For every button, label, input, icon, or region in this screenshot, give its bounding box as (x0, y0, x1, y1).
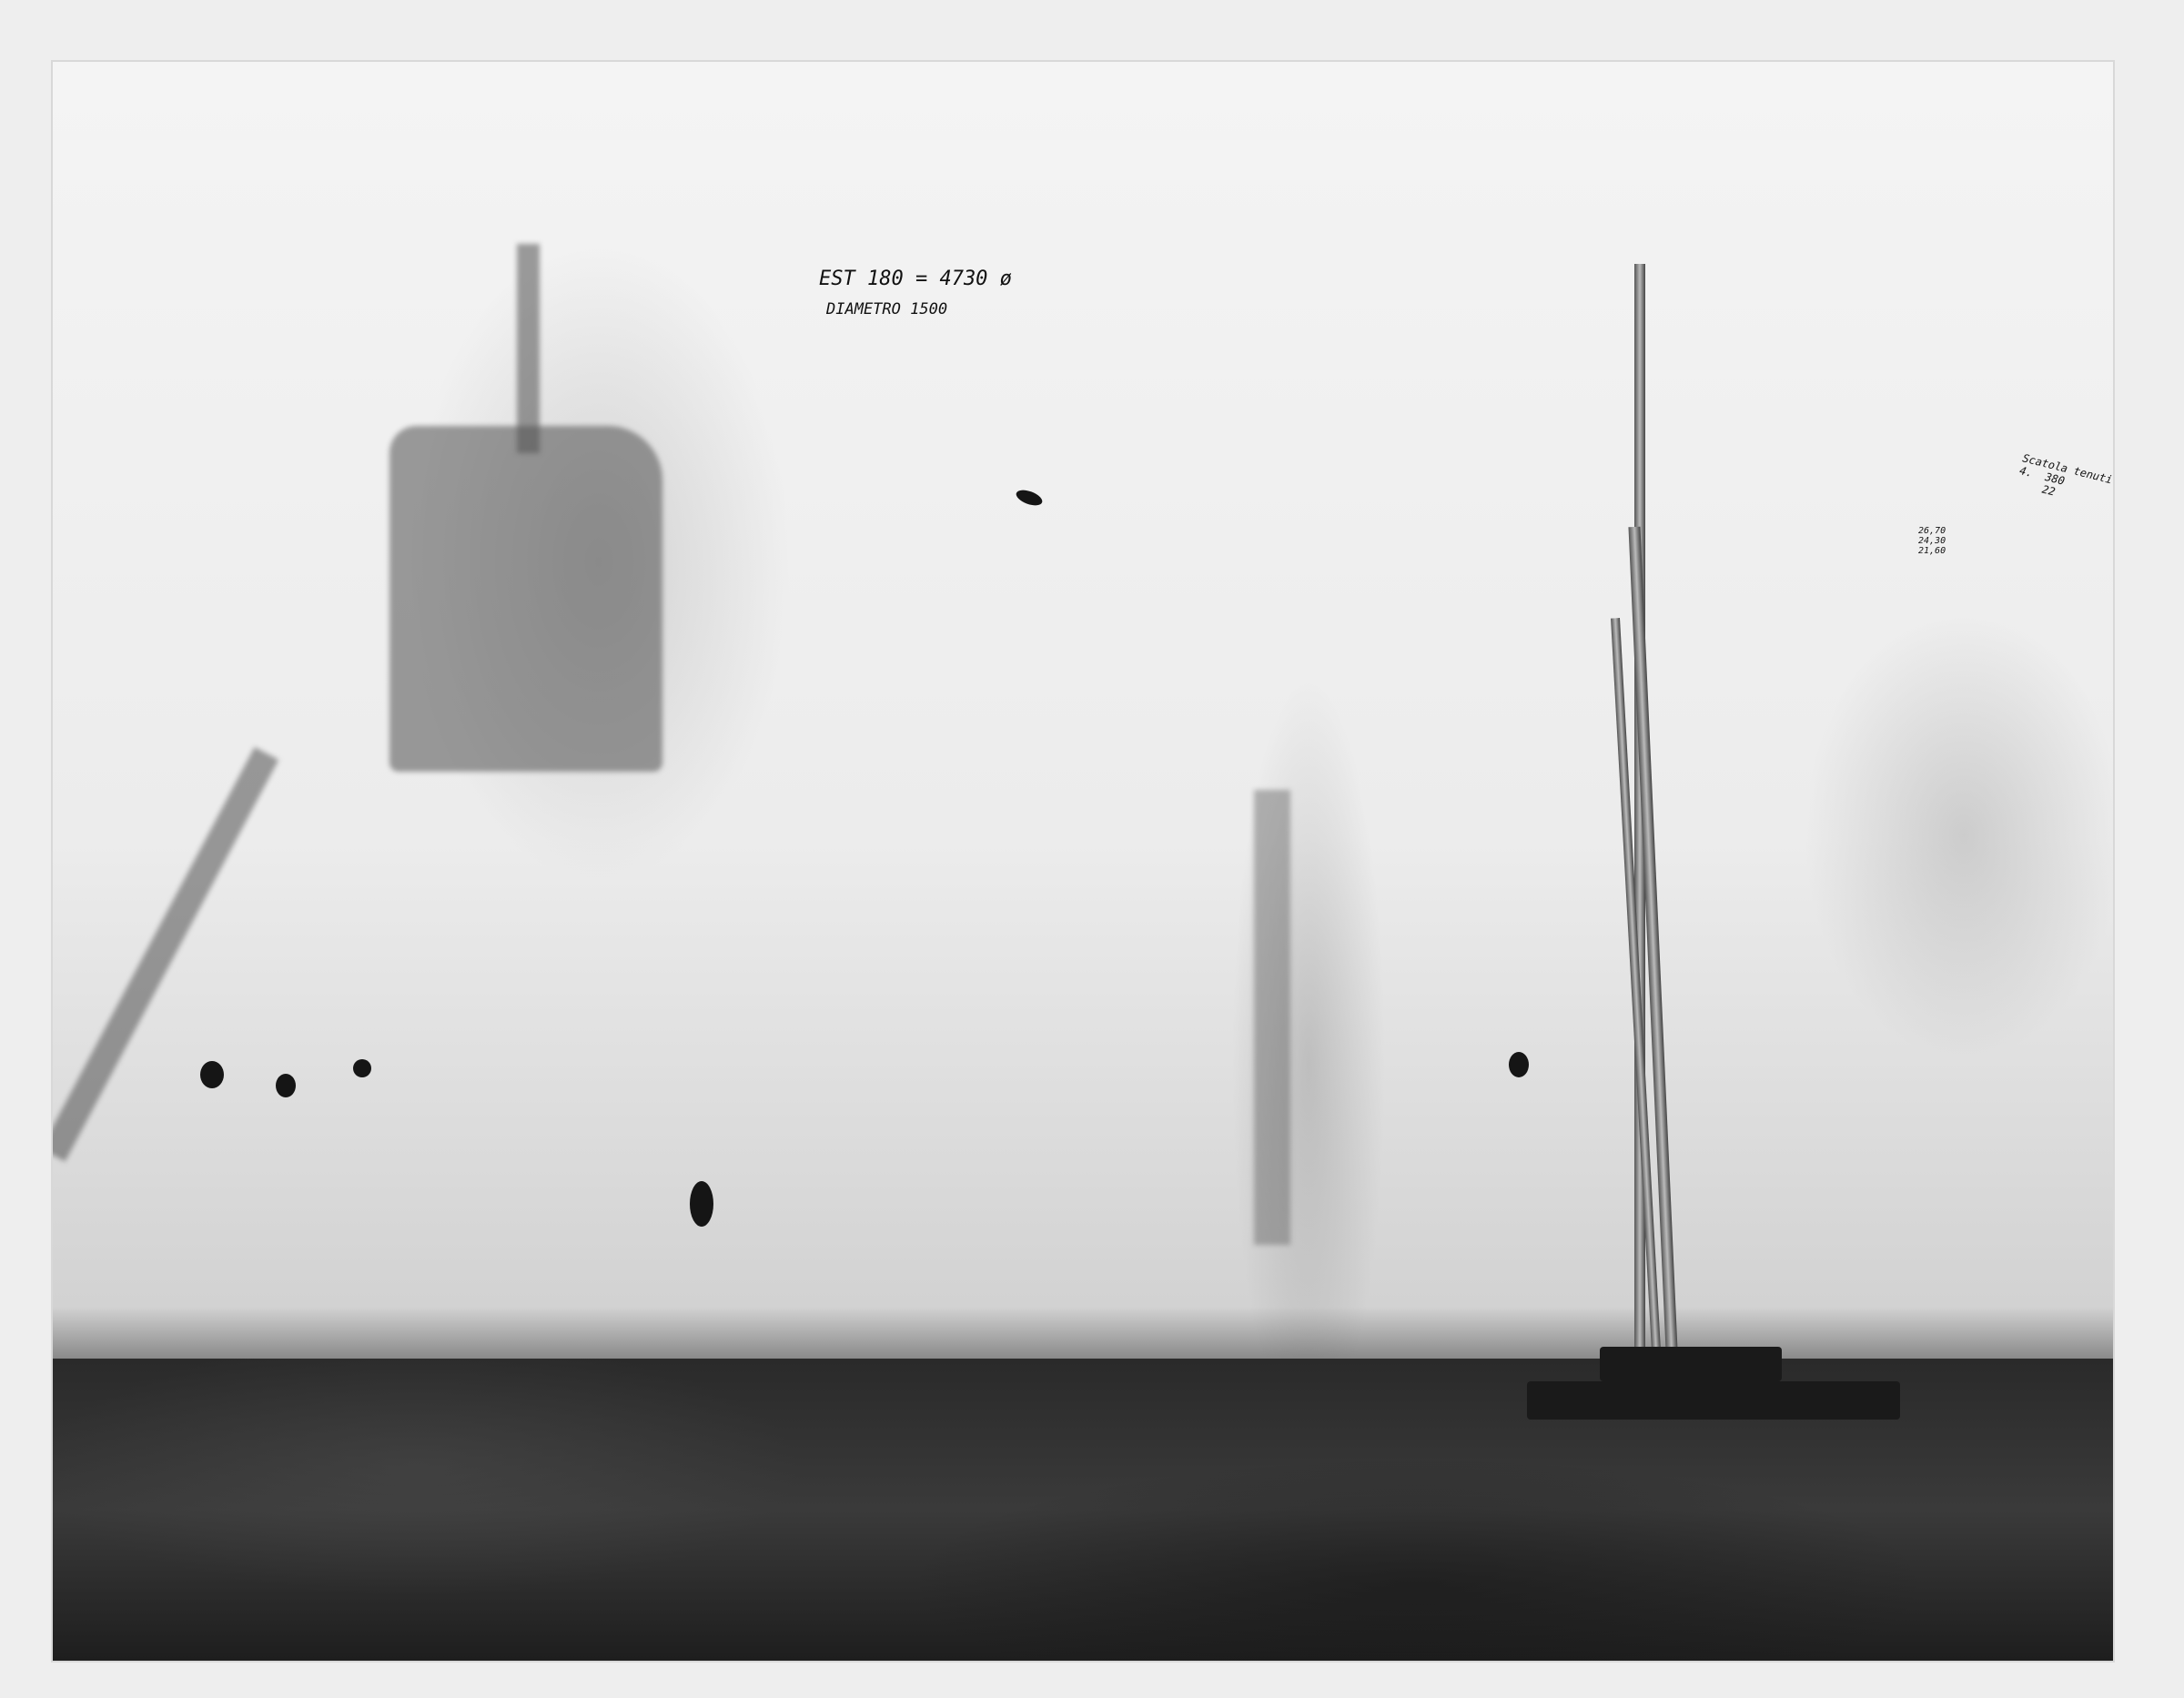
wall-hole (1509, 1052, 1529, 1077)
cart-shadow-handle (517, 244, 540, 453)
wall-hole (276, 1074, 296, 1097)
wall-writing-est: EST 180 = 4730 ø (819, 268, 1012, 290)
wall (53, 62, 2113, 1359)
wall-writing-diametro: DIAMETRO 1500 (826, 300, 947, 318)
broom-head-back (1600, 1347, 1782, 1381)
broom-head-front (1527, 1381, 1900, 1420)
drip-stain (1254, 790, 1290, 1245)
photograph: EST 180 = 4730 ø DIAMETRO 1500 Scatola t… (53, 62, 2113, 1661)
wall-hole (200, 1061, 224, 1088)
cart-shadow (389, 426, 662, 772)
wall-hole (690, 1181, 713, 1227)
wall-writing-numbers: 26,70 24,30 21,60 (1918, 526, 1946, 556)
wall-hole (353, 1059, 371, 1077)
